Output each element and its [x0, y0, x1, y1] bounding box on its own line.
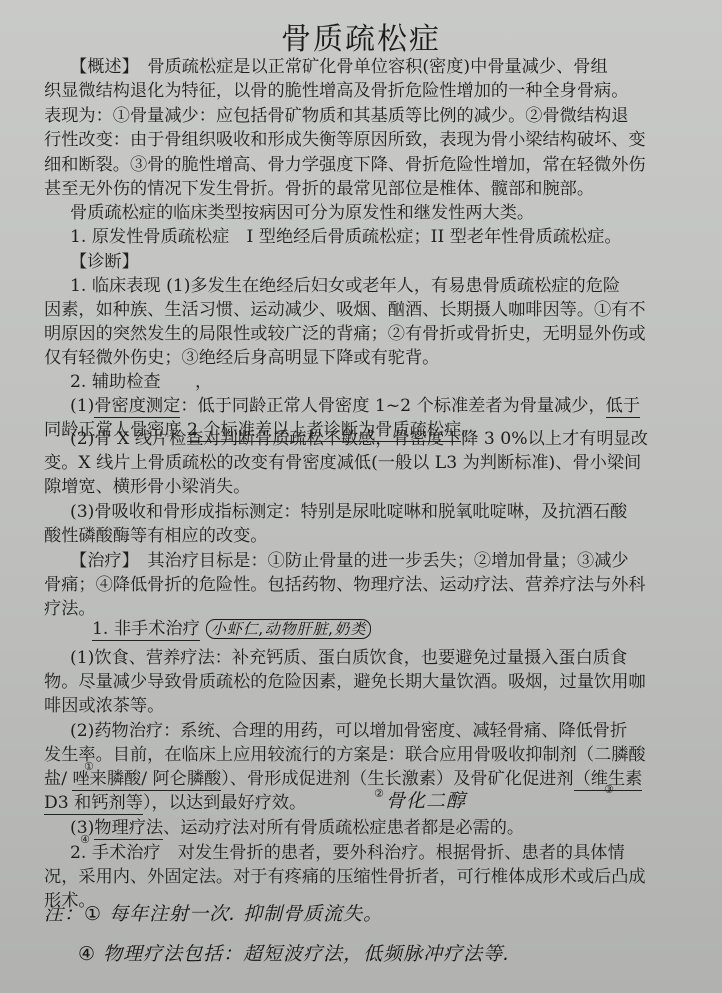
drug-line-1: 盐/ 唑来膦酸/ 阿仑膦酸）、骨形成促进剂（生长激素）及骨矿化促进剂（维生素	[44, 767, 642, 791]
text-line: 行性改变：由于骨组织吸收和形成失衡等原因所致，表现为骨小梁结构破坏、变	[44, 128, 646, 152]
text-line: 酸性磷酸酶等有相应的改变。	[44, 524, 267, 548]
text-line: 【治疗】 其治疗目标是：①防止骨量的进一步丢失；②增加骨量；③减少	[70, 549, 629, 573]
handwritten-mark-3: ③	[604, 783, 614, 796]
physical-therapy-line: (3)物理疗法、运动疗法对所有骨质疏松症患者都是必需的。	[70, 816, 524, 840]
handwritten-food-note: 小虾仁,动物肝脏,奶类	[206, 619, 372, 639]
text-line: 因素，如种族、生活习惯、运动减少、吸烟、酗酒、长期摄人咖啡因等。①有不	[44, 298, 646, 322]
text-line: 啡因或浓茶等。	[44, 694, 164, 718]
text-line: 骨痛；④降低骨折的危险性。包括药物、物理疗法、运动疗法、营养疗法与外科	[44, 573, 646, 597]
handwritten-note-2: ④ 物理疗法包括：超短波疗法，低频脉冲疗法等.	[78, 940, 510, 968]
page-title: 骨质疏松症	[0, 14, 722, 58]
text-line: (2)药物治疗：系统、合理的用药，可以增加骨密度、减轻骨痛、降低骨折	[70, 719, 627, 743]
text-line: 【诊断】	[70, 250, 139, 274]
bmd-label: 骨密度测定	[94, 396, 180, 418]
drug-line-2: D3 和钙剂等），以达到最好疗效。	[44, 791, 306, 815]
bmd-line-1: (1)骨密度测定：低于同龄正常人骨密度 1~2 个标准差者为骨量减少，低于	[70, 394, 640, 418]
text-line: 变。X 线片上骨质疏松的改变有骨密度减低(一般以 L3 为判断标准)、骨小梁间	[44, 451, 641, 475]
text-line: 甚至无外伤的情况下发生骨折。骨折的最常见部位是椎体、髋部和腕部。	[44, 177, 594, 201]
document-page: 骨质疏松症 【概述】 骨质疏松症是以正常矿化骨单位容积(密度)中骨量减少、骨组织…	[0, 0, 722, 993]
handwritten-note-1: 注：① 每年注射一次. 抑制骨质流失。	[44, 900, 383, 928]
text-line: 明原因的突然发生的局限性或较广泛的背痛；②有骨折或骨折史，无明显外伤或	[44, 322, 646, 346]
text-line: 物。尽量减少导致骨质疏松的危险因素，避免长期大量饮酒。吸烟，过量饮用咖	[44, 670, 646, 694]
text-line: 2. 辅助检查 ，	[70, 370, 212, 394]
text-line: (1)饮食、营养疗法：补充钙质、蛋白质饮食，也要避免过量摄入蛋白质食	[70, 646, 627, 670]
handwritten-mark-1: ①	[84, 760, 94, 773]
text-line: 织显微结构退化为特征，以骨的脆性增高及骨折危险性增加的一种全身骨病。	[44, 79, 628, 103]
text-line: (3)骨吸收和骨形成指标测定：特别是尿吡啶啉和脱氧吡啶啉，及抗酒石酸	[70, 500, 627, 524]
text-line: 疗法。	[44, 597, 96, 621]
text-line: 1. 临床表现 (1)多发生在绝经后妇女或老年人，有易患骨质疏松症的危险	[70, 274, 620, 298]
text-line: 发生率。目前，在临床上应用较流行的方案是：联合应用骨吸收抑制剂（二膦酸	[44, 743, 646, 767]
handwritten-calcitriol-note: 骨化二醇	[386, 786, 466, 813]
text-line: (2)骨 X 线片检查对判断骨质疏松不敏感，骨密度下降 3 0%以上才有明显改	[70, 427, 648, 451]
text-line: 骨质疏松症的临床类型按病因可分为原发性和继发性两大类。	[70, 201, 534, 225]
text-line: 细和断裂。③骨的脆性增高、骨力学强度下降、骨折危险性增加，常在轻微外伤	[44, 153, 646, 177]
nonsurgical-heading: 1. 非手术治疗小虾仁,动物肝脏,奶类	[92, 617, 371, 641]
text-line: 隙增宽、横形骨小梁消失。	[44, 475, 250, 499]
text-line: 2. 手术治疗 对发生骨折的患者，要外科治疗。根据骨折、患者的具体情	[70, 841, 625, 865]
text-line: 表现为：①骨量减少：应包括骨矿物质和其基质等比例的减少。②骨微结构退	[44, 104, 628, 128]
text-line: 况，采用内、外固定法。对于有疼痛的压缩性骨折者，可行椎体成形术或后凸成	[44, 865, 646, 889]
handwritten-mark-2: ②	[374, 787, 384, 800]
text-line: 仅有轻微外伤史；③绝经后身高明显下降或有驼背。	[44, 346, 439, 370]
text-line: 【概述】 骨质疏松症是以正常矿化骨单位容积(密度)中骨量减少、骨组	[70, 55, 608, 79]
bisphosphonate-underline: 唑来膦酸/ 阿仑膦酸	[72, 769, 221, 791]
text-line: 1. 原发性骨质疏松症 I 型绝经后骨质疏松症；II 型老年性骨质疏松症。	[70, 225, 622, 249]
